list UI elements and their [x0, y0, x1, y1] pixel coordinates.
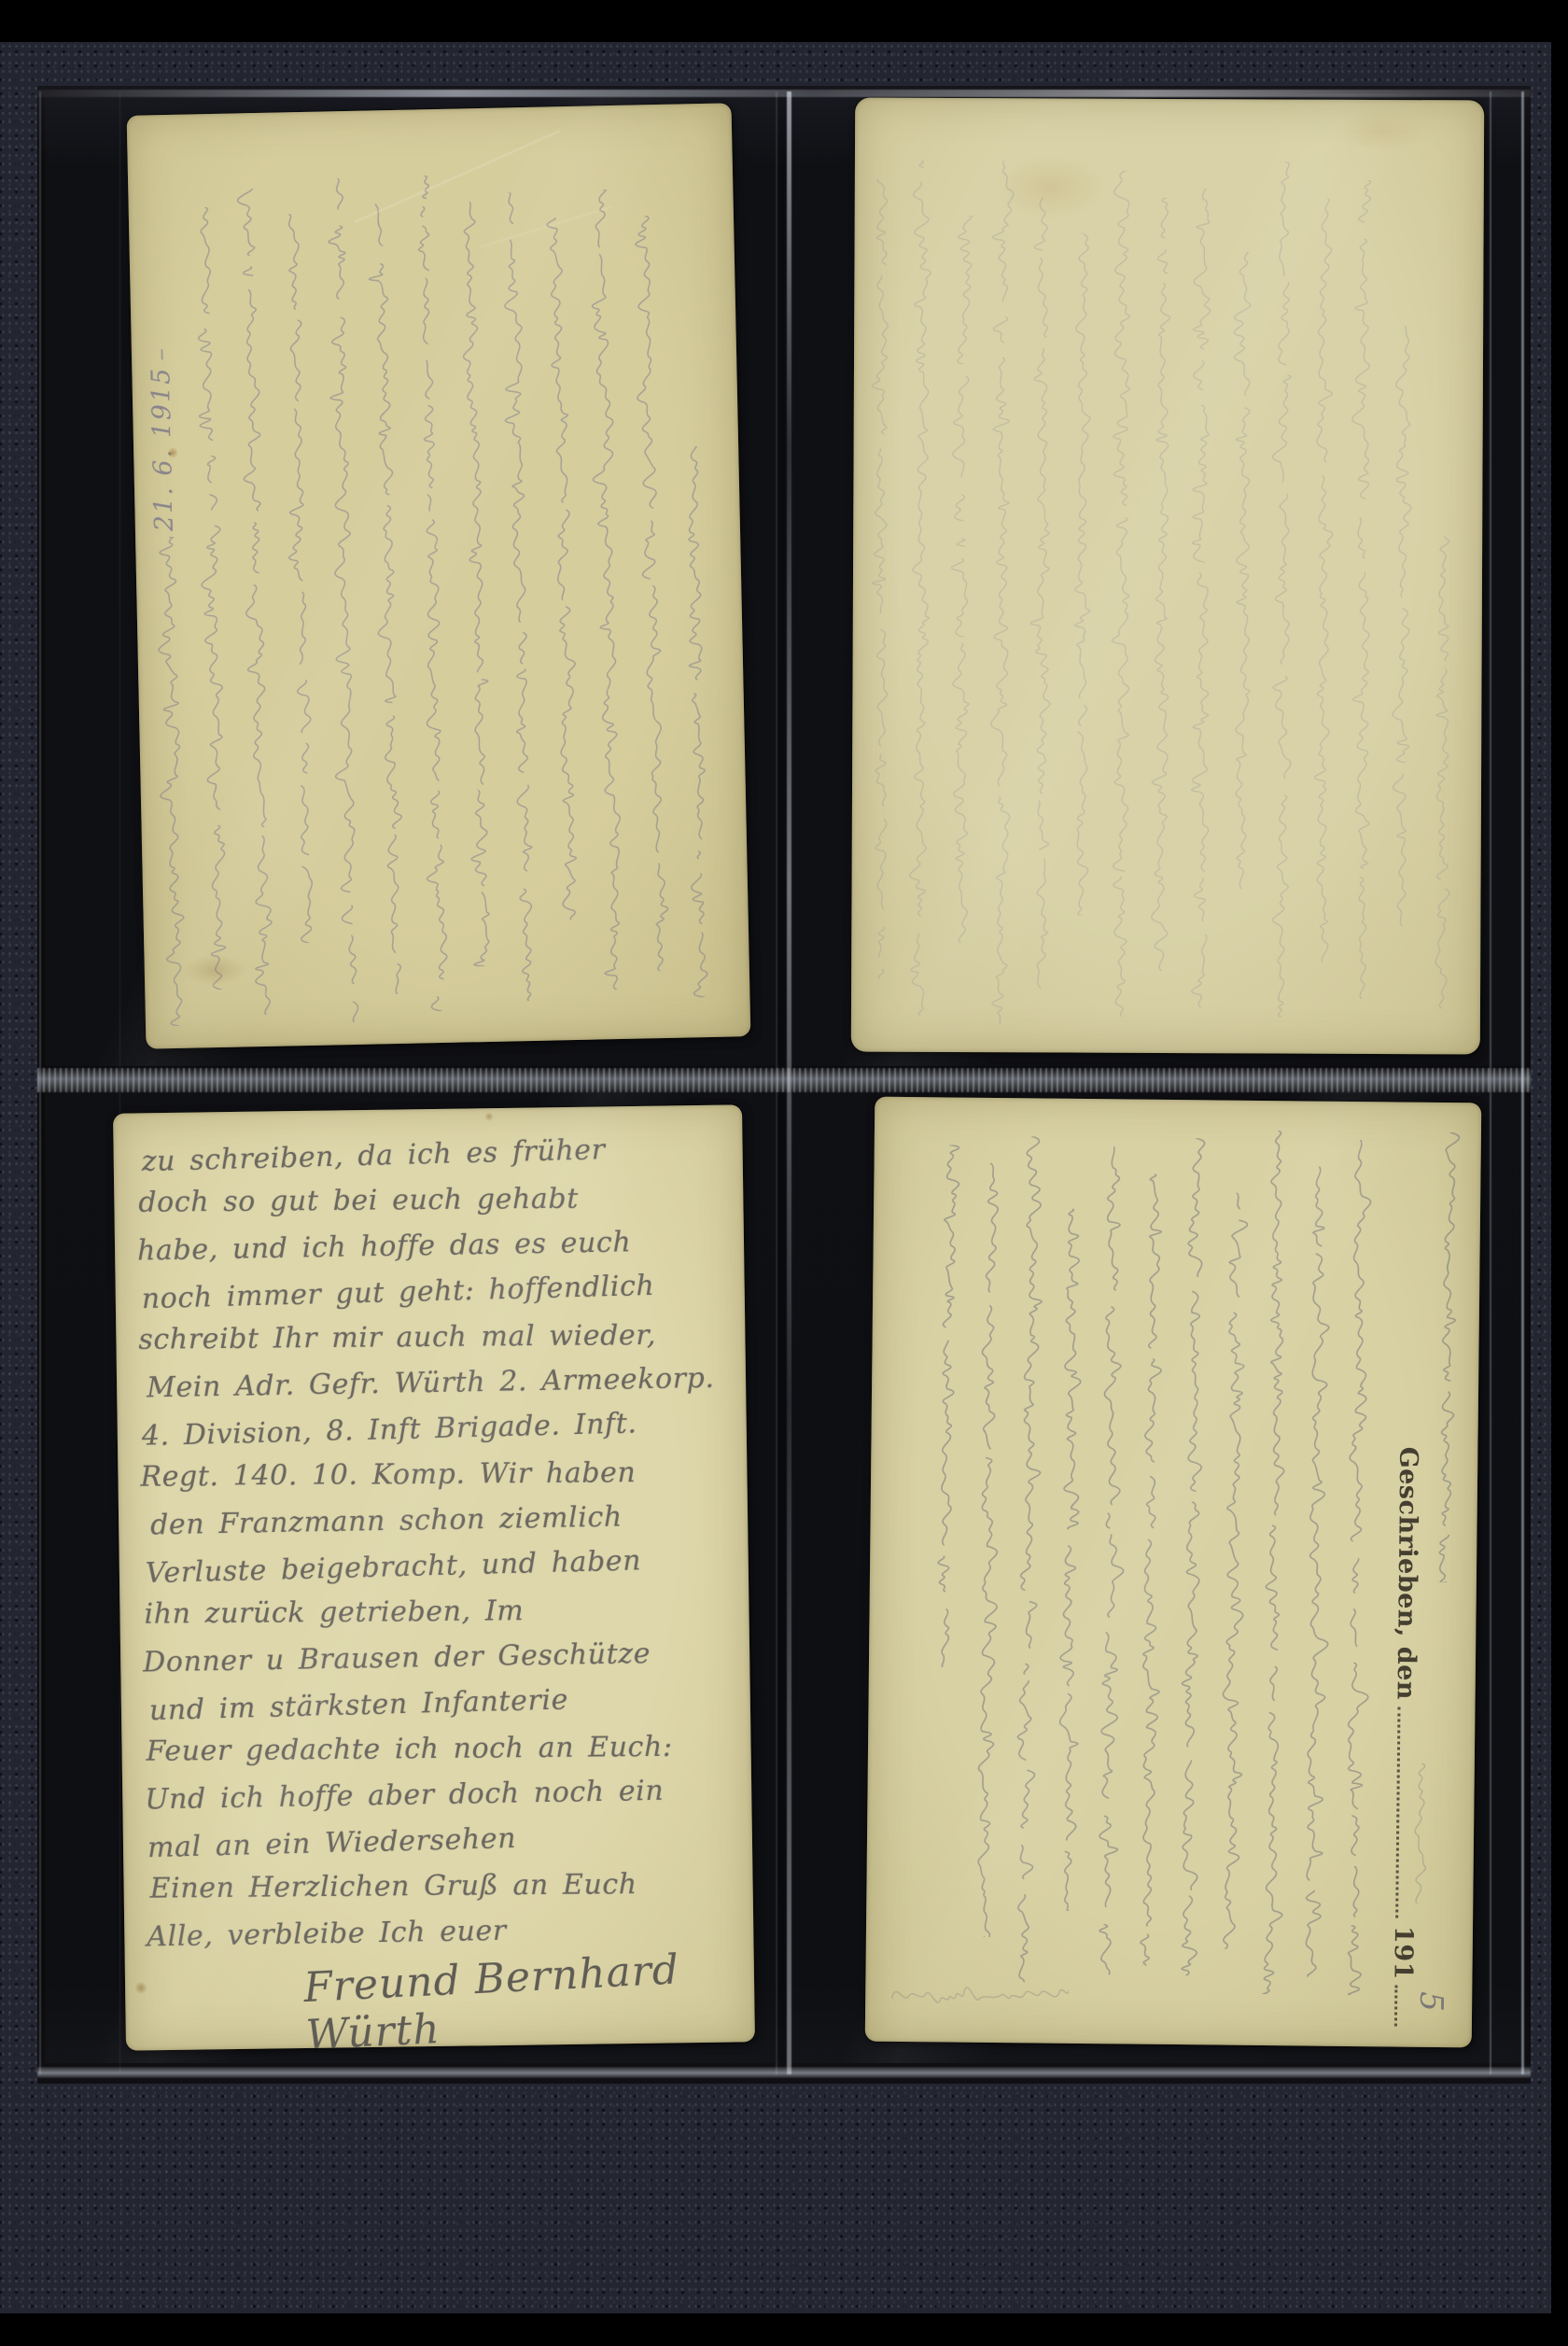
- pencil-scribble-stroke: [673, 446, 716, 998]
- pocket-left-edge-line: [119, 91, 120, 2074]
- pencil-scribble-stroke: [537, 218, 583, 920]
- handwriting-scribble-line: [623, 127, 672, 972]
- pencil-scribble-stroke: [449, 202, 497, 967]
- pencil-scribble-stroke: [983, 161, 1015, 1024]
- pencil-scribble-stroke: [1103, 170, 1136, 1016]
- pencil-scribble-stroke: [1063, 233, 1095, 916]
- handwritten-date: 21. 6. 1915: [147, 366, 179, 531]
- pencil-scribble-stroke: [1264, 162, 1296, 1017]
- pencil-scribble-stroke: [580, 190, 628, 990]
- handwriting-area: [851, 98, 1484, 1055]
- handwriting-scribble-line: [1093, 1146, 1134, 2023]
- sleeve-top-edge-highlight: [37, 90, 1531, 97]
- postcard-bottom-left: zu schreiben, da ich es früherdoch so gu…: [113, 1104, 755, 2050]
- handwriting-scribble-line: [1257, 1131, 1298, 2026]
- handwriting-scribble-line: [403, 132, 454, 1012]
- pencil-scribble-stroke: [1424, 536, 1455, 1008]
- handwriting-scribble-line: [1063, 118, 1096, 917]
- handwriting-scribble-line: 21. 6. 1915–: [140, 137, 190, 1027]
- pencil-scribble-stroke: [273, 214, 320, 944]
- sleeve-middle-seam-highlight: [37, 1068, 1531, 1092]
- pencil-scribble-stroke: [1175, 1138, 1215, 1975]
- handwriting-scribble-line: [1344, 119, 1377, 999]
- pencil-scribble-stroke: [1298, 1167, 1338, 1977]
- handwriting-scribble-line: [535, 129, 583, 920]
- pencil-scribble-stroke: [624, 216, 672, 972]
- sleeve-left-edge-highlight: [39, 91, 41, 2074]
- dotted-rule-tail: 5: [1394, 1986, 1420, 2027]
- pencil-scribble-stroke: [1023, 198, 1056, 989]
- pencil-scribble-stroke: [971, 1163, 1011, 1937]
- postcard-bottom-right: Geschrieben, den1915: [865, 1097, 1482, 2048]
- pencil-scribble-stroke: [1183, 189, 1216, 1007]
- pencil-scribble-stroke: [316, 178, 366, 1023]
- pencil-scribble-stroke: [1384, 326, 1416, 926]
- pencil-scribble-stroke: [1339, 1140, 1380, 1995]
- pencil-scribble-stroke: [1409, 1763, 1439, 1903]
- pencil-scribble-stroke: [229, 189, 278, 1016]
- pencil-scribble-stroke: [1257, 1131, 1298, 1994]
- handwriting-scribble-line: [1103, 118, 1136, 1017]
- printed-date-line: Geschrieben, den1915: [1377, 1446, 1426, 2026]
- pencil-scribble-stroke: [1304, 199, 1337, 962]
- handwriting-line: doch so gut bei euch gehabt: [138, 1174, 728, 1226]
- handwriting-scribble-line: [1011, 1137, 1052, 2023]
- handwriting-scribble-line: [1175, 1138, 1216, 2024]
- pencil-scribble-stroke: [148, 537, 190, 1027]
- handwriting-scribble-line: [491, 130, 541, 1001]
- sleeve-right-edge-highlight-outer: [1521, 91, 1524, 2074]
- handwritten-dash: –: [146, 348, 175, 361]
- handwriting-scribble-line: [1339, 1140, 1380, 2026]
- printed-year: 191: [1388, 1926, 1418, 1980]
- sleeve-bottom-edge-highlight: [37, 2067, 1531, 2078]
- pencil-scribble-stroke: [1434, 1132, 1470, 1582]
- handwriting-line: schreibt Ihr mir auch mal wieder,: [138, 1312, 730, 1363]
- pencil-scribble-stroke: [404, 176, 454, 1012]
- handwriting-line: Regt. 140. 10. Komp. Wir haben: [140, 1449, 732, 1500]
- handwriting-scribble-line: [1143, 118, 1176, 971]
- handwriting-line: Feuer gedachte ich noch an Euch:: [146, 1723, 735, 1775]
- sleeve-vertical-seam-secondary: [776, 91, 777, 2074]
- rotated-writing-block: [851, 98, 1484, 1055]
- handwriting-scribble-line: [1134, 1173, 1175, 2023]
- handwritten-year-digit: 5: [1412, 1991, 1449, 2012]
- handwriting-scribble-line: [272, 134, 320, 944]
- handwriting-line: Einen Herzlichen Gruß an Euch: [149, 1861, 737, 1911]
- pencil-scribble-stroke: [1217, 1193, 1256, 1949]
- handwriting-area: Geschrieben, den1915: [865, 1097, 1482, 2048]
- sleeve-vertical-seam-highlight: [787, 91, 791, 2074]
- handwriting-scribble-line: [1183, 118, 1216, 1007]
- album-page-with-plastic-sleeves: 21. 6. 1915– zu schreiben, da ich es frü…: [37, 86, 1531, 2084]
- pencil-scribble-stroke: [943, 216, 974, 943]
- postcard-top-right: [851, 98, 1484, 1055]
- pencil-scribble-stroke: [361, 204, 410, 995]
- handwriting-scribble-line: [929, 1145, 970, 2021]
- postcard-top-left: 21. 6. 1915–: [127, 103, 751, 1048]
- pencil-scribble-stroke: [1093, 1146, 1133, 1974]
- handwriting-scribble-line: [666, 126, 717, 997]
- handwriting-scribble-line: [903, 117, 935, 1016]
- signature-line: Freund Bernhard Würth: [302, 1943, 741, 2050]
- handwriting-scribble-line: [1023, 117, 1056, 988]
- sleeve-right-edge-highlight-inner: [1490, 91, 1491, 2074]
- pencil-scribble-stroke: [1143, 198, 1176, 971]
- handwriting-scribble-line: [1298, 1167, 1339, 2026]
- handwriting-scribble-line: [315, 133, 366, 1023]
- pencil-scribble-stroke: [932, 1145, 970, 1666]
- handwriting-scribble-line: [970, 1163, 1011, 2022]
- handwriting-scribble-line: [359, 133, 409, 995]
- handwriting-scribble-line: [1216, 1193, 1256, 2025]
- handwriting-line: ihn zurück getrieben, Im: [144, 1586, 734, 1637]
- handwriting-scribble-line: [447, 131, 497, 966]
- handwriting-area: 21. 6. 1915–: [127, 103, 751, 1048]
- pencil-scribble-stroke: [903, 160, 935, 1015]
- pencil-scribble-stroke: [1225, 252, 1256, 889]
- handwriting-scribble-line: [862, 117, 895, 979]
- rotated-writing-block: Geschrieben, den1915: [865, 1097, 1482, 2048]
- pencil-scribble-stroke: [1344, 180, 1377, 999]
- handwriting-scribble-line: [1304, 119, 1337, 962]
- handwriting-scribble-line: [184, 136, 233, 990]
- handwriting-scribble-line: [1384, 119, 1417, 926]
- printed-date-label: Geschrieben, den: [1392, 1446, 1423, 1700]
- handwriting-scribble-line: [1424, 119, 1457, 1008]
- handwriting-scribble-line: [579, 128, 628, 990]
- handwriting-scribble-line: [943, 117, 975, 943]
- handwriting-scribble-line: [983, 117, 1015, 1024]
- pencil-scribble-stroke: [186, 207, 234, 990]
- pencil-scribble-stroke: [1011, 1137, 1051, 1983]
- photo-of-postcard-album-page: 21. 6. 1915– zu schreiben, da ich es frü…: [0, 0, 1568, 2346]
- handwriting-scribble-line: [1052, 1209, 1092, 2023]
- handwriting-scribble-line: [1264, 118, 1296, 1017]
- pencil-scribble-stroke: [862, 178, 895, 978]
- handwriting-area: zu schreiben, da ich es früherdoch so gu…: [113, 1104, 755, 2050]
- pencil-scribble-stroke: [1053, 1209, 1092, 1911]
- dotted-rule: [1395, 1707, 1422, 1918]
- pencil-scribble-stroke: [1135, 1173, 1175, 1965]
- rotated-writing-block: 21. 6. 1915–: [127, 103, 751, 1048]
- handwriting-scribble-line: [1225, 118, 1257, 889]
- pencil-scribble-stroke: [492, 192, 540, 1002]
- handwriting-scribble-line: [228, 135, 278, 1016]
